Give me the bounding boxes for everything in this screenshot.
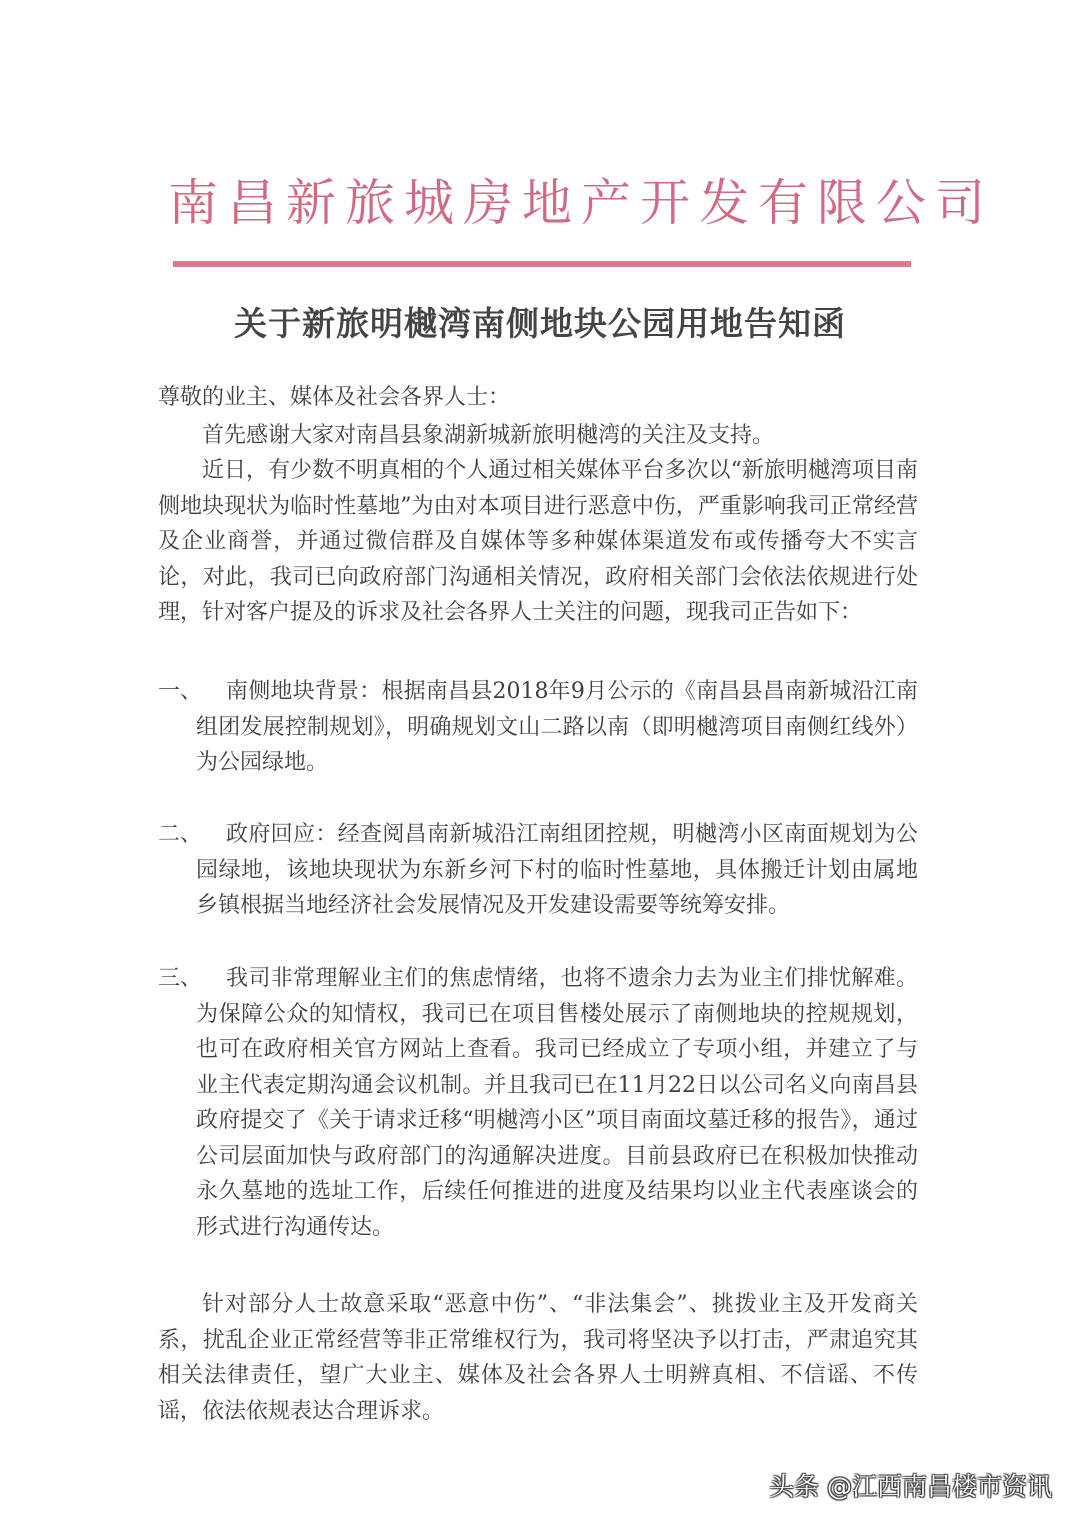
salutation: 尊敬的业主、媒体及社会各界人士： (158, 380, 918, 416)
paragraph-background: 近日，有少数不明真相的个人通过相关媒体平台多次以“新旅明樾湾项目南侧地块现状为临… (158, 453, 918, 631)
list-item-3: 三、 我司非常理解业主们的焦虑情绪，也将不遗余力去为业主们排忧解难。为保障公众的… (158, 961, 918, 1245)
list-item-text: 我司非常理解业主们的焦虑情绪，也将不遗余力去为业主们排忧解难。为保障公众的知情权… (196, 961, 918, 1245)
list-item-number: 二、 (158, 817, 218, 853)
list-item-1: 一、 南侧地块背景：根据南昌县2018年9月公示的《南昌县昌南新城沿江南组团发展… (158, 674, 918, 781)
paragraph-thanks: 首先感谢大家对南昌县象湖新城新旅明樾湾的关注及支持。 (158, 418, 918, 454)
list-item-text: 南侧地块背景：根据南昌县2018年9月公示的《南昌县昌南新城沿江南组团发展控制规… (196, 674, 918, 781)
company-letterhead: 南昌新旅城房地产开发有限公司 (168, 168, 928, 238)
source-watermark: 头条 @江西南昌楼市资讯 (769, 1470, 1052, 1504)
list-item-text: 政府回应：经查阅昌南新城沿江南组团控规，明樾湾小区南面规划为公园绿地，该地块现状… (196, 817, 918, 924)
closing-paragraph: 针对部分人士故意采取“恶意中伤”、“非法集会”、挑拨业主及开发商关系，扰乱企业正… (158, 1287, 918, 1429)
list-item-2: 二、 政府回应：经查阅昌南新城沿江南组团控规，明樾湾小区南面规划为公园绿地，该地… (158, 817, 918, 924)
list-item-number: 三、 (158, 961, 218, 997)
letterhead-divider (173, 261, 911, 267)
list-item-number: 一、 (158, 674, 218, 710)
document-title: 关于新旅明樾湾南侧地块公园用地告知函 (0, 300, 1080, 348)
